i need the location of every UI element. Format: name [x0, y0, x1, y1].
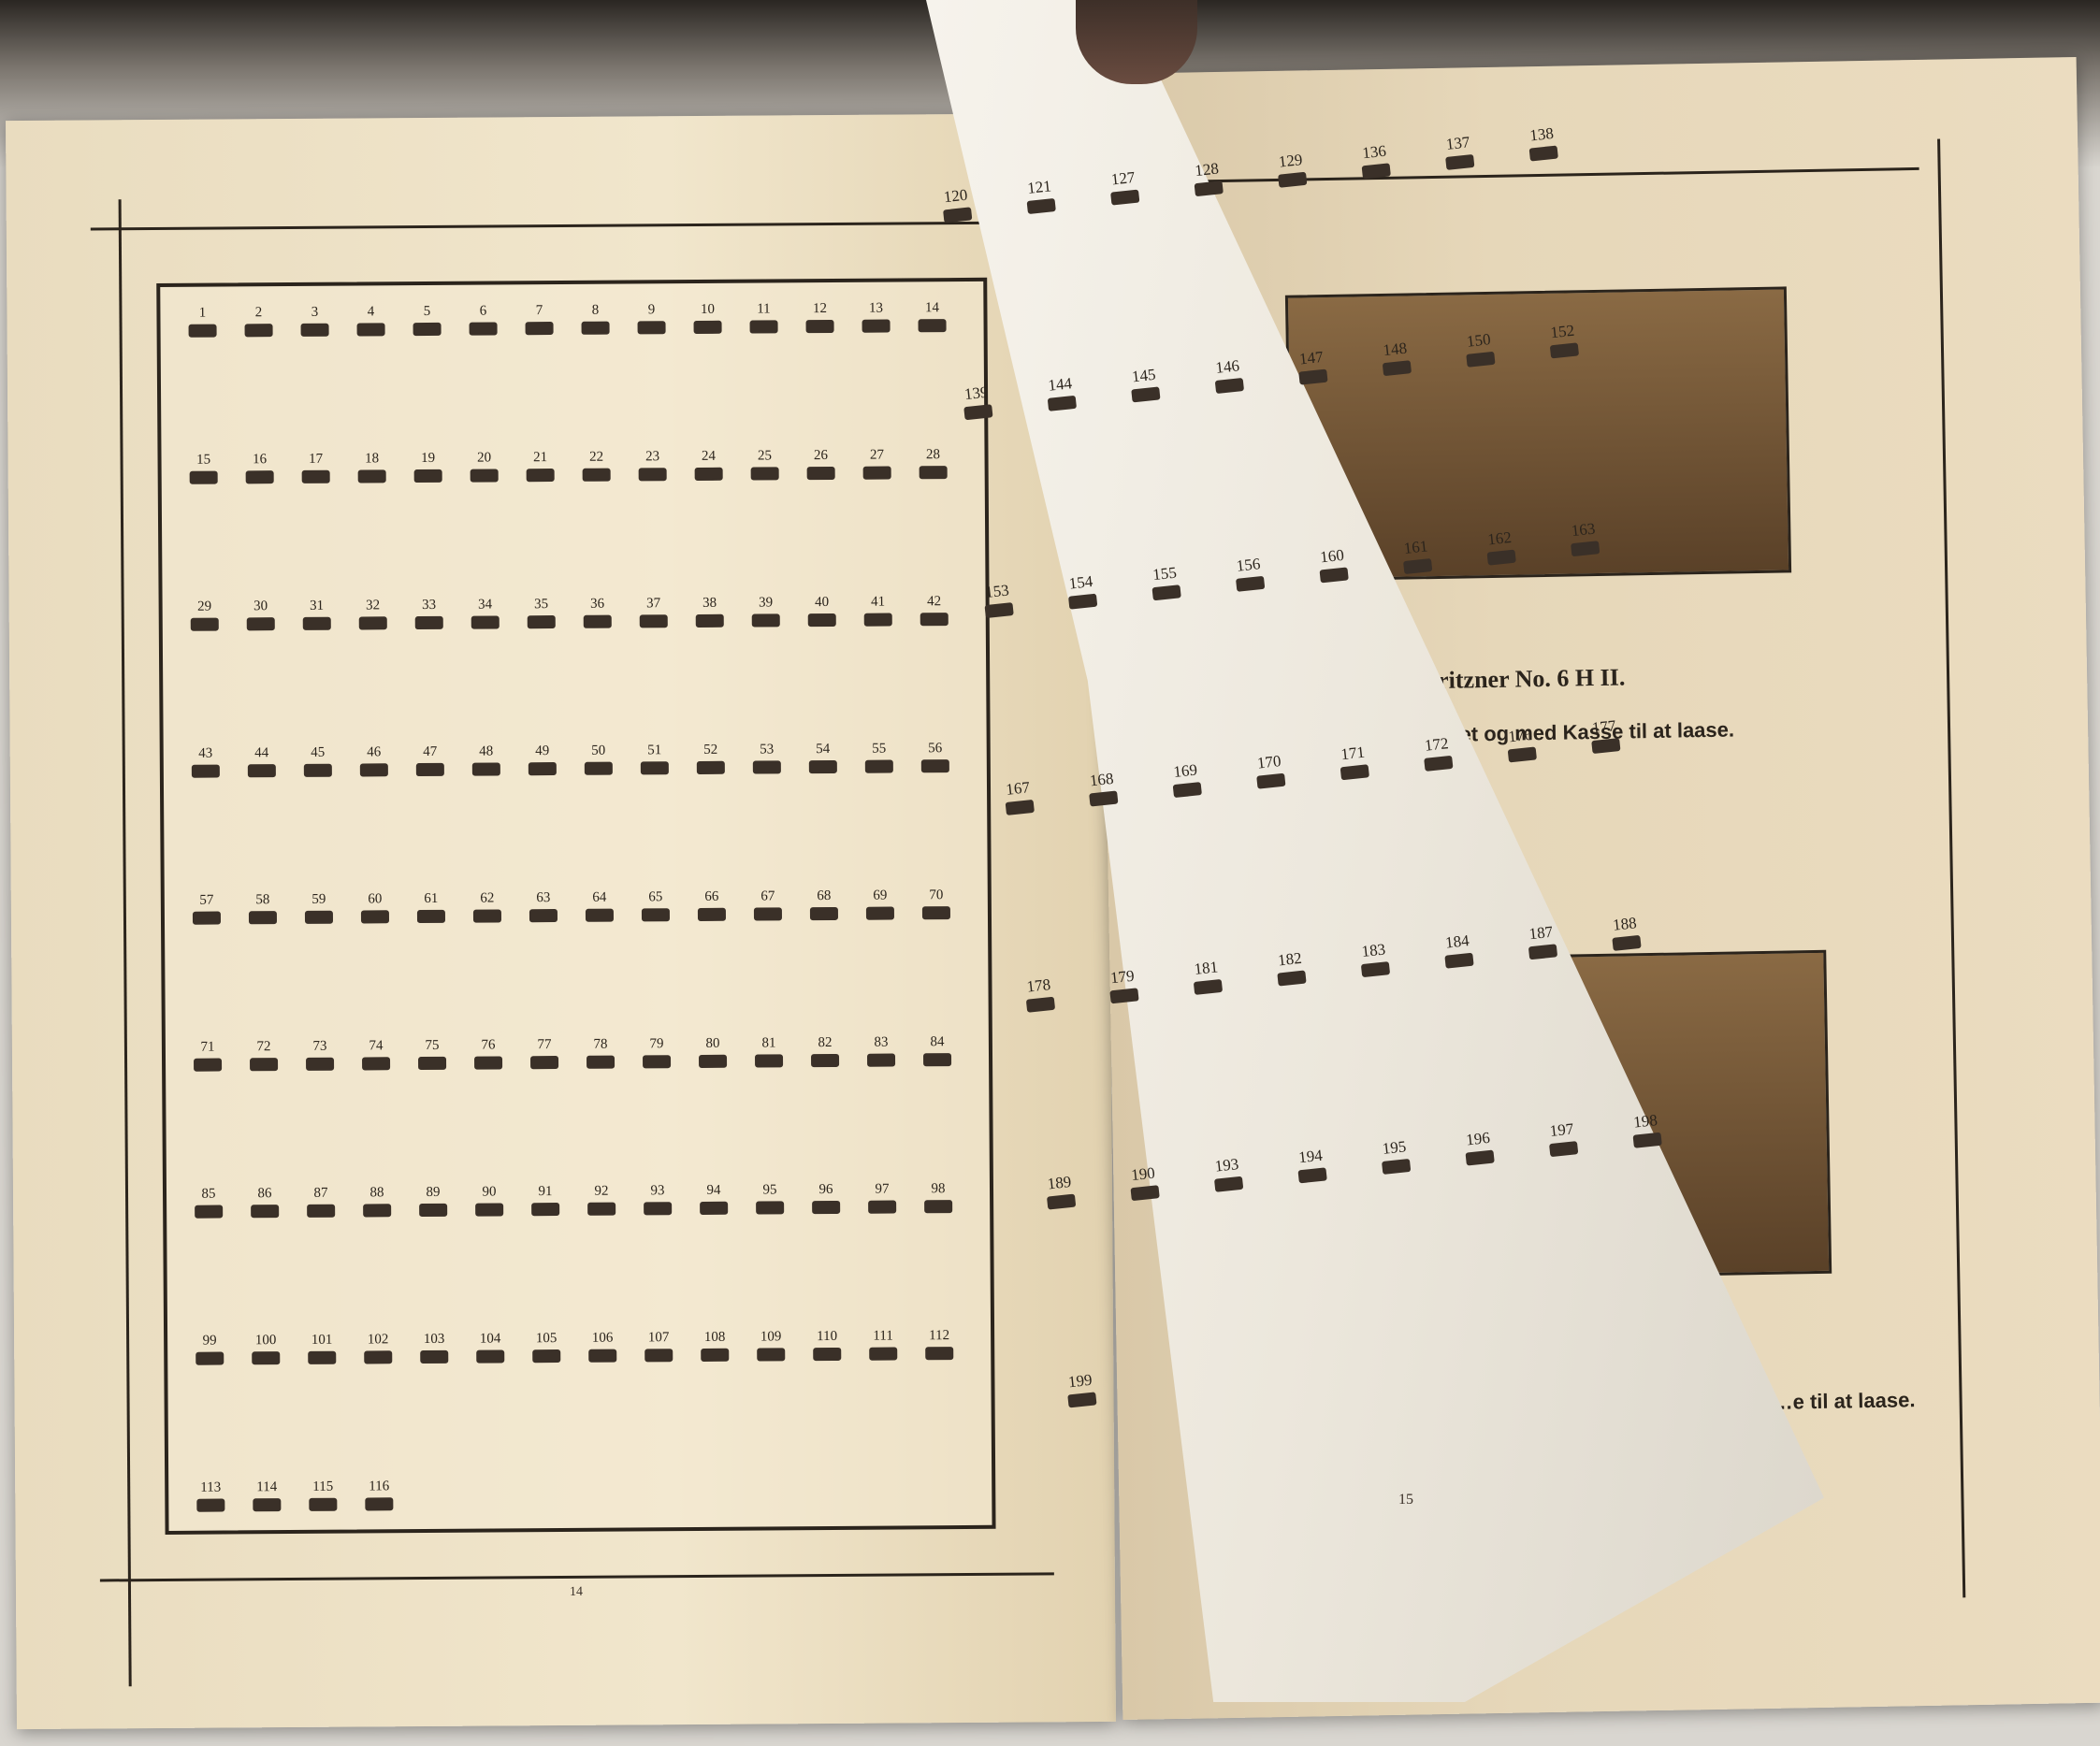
part-number: 93 — [650, 1183, 664, 1199]
part-item: 44 — [239, 745, 285, 777]
part-drawing — [360, 763, 388, 776]
part-drawing — [1528, 944, 1557, 960]
part-number: 137 — [1445, 133, 1470, 154]
part-drawing — [753, 760, 781, 773]
part-drawing — [644, 1349, 673, 1362]
part-number: 179 — [1109, 967, 1135, 988]
part-item: 58 — [239, 892, 286, 924]
part-item: 4 — [347, 304, 394, 336]
part-item: 136 — [1350, 140, 1414, 318]
part-drawing — [476, 1349, 504, 1363]
part-item: 196 — [1454, 1128, 1518, 1306]
part-item: 176 — [1496, 724, 1560, 902]
part-item: 197 — [1538, 1119, 1602, 1297]
part-drawing — [196, 1352, 224, 1365]
part-drawing — [362, 1057, 390, 1070]
part-drawing — [249, 911, 277, 924]
part-drawing — [1089, 790, 1118, 806]
part-drawing — [308, 1351, 336, 1364]
part-item: 87 — [297, 1186, 344, 1218]
part-item: 7 — [515, 303, 562, 335]
part-number: 60 — [368, 891, 382, 907]
part-drawing — [639, 468, 667, 481]
part-item: 184 — [1433, 931, 1498, 1108]
part-drawing — [1444, 953, 1473, 969]
part-item: 168 — [1078, 768, 1142, 945]
part-item: 181 — [1181, 957, 1246, 1134]
part-item: 138 — [1517, 123, 1582, 301]
part-number: 74 — [369, 1038, 383, 1054]
part-number: 36 — [590, 597, 604, 613]
part-number: 196 — [1465, 1129, 1490, 1150]
part-item: 23 — [629, 449, 675, 481]
part-number: 152 — [1550, 322, 1575, 343]
part-drawing — [364, 1350, 392, 1364]
part-number: 51 — [647, 743, 661, 758]
part-drawing — [751, 467, 779, 480]
part-number: 55 — [872, 742, 886, 758]
part-item: 162 — [1475, 527, 1540, 704]
part-item: 56 — [912, 741, 959, 772]
part-number: 54 — [816, 742, 830, 758]
part-number: 4 — [368, 304, 375, 320]
part-drawing — [473, 909, 501, 922]
part-number: 108 — [704, 1330, 726, 1346]
part-drawing — [587, 1203, 616, 1216]
part-number: 17 — [309, 452, 323, 468]
part-drawing — [864, 613, 892, 627]
part-item: 182 — [1266, 948, 1330, 1126]
part-drawing — [806, 320, 834, 333]
part-drawing — [1383, 360, 1412, 376]
part-item: 137 — [1434, 132, 1499, 310]
part-item: 39 — [743, 595, 789, 627]
part-item: 26 — [797, 448, 844, 480]
part-item: 18 — [348, 451, 395, 483]
part-item: 35 — [518, 597, 565, 628]
part-number: 37 — [646, 596, 660, 612]
part-number: 67 — [760, 888, 775, 904]
part-drawing — [1027, 198, 1056, 214]
part-item: 31 — [294, 599, 340, 630]
part-number: 128 — [1194, 160, 1219, 181]
part-drawing — [583, 469, 611, 482]
part-number: 23 — [645, 449, 659, 465]
part-drawing — [532, 1349, 560, 1363]
part-drawing — [363, 1204, 391, 1217]
part-drawing — [1298, 369, 1327, 385]
part-item: 150 — [1455, 329, 1519, 507]
part-item: 163 — [1559, 518, 1624, 696]
part-drawing — [1466, 1150, 1495, 1166]
part-number: 38 — [702, 596, 717, 612]
part-number: 178 — [1026, 975, 1051, 997]
parts-frame: 1234567891011121314151617181920212223242… — [156, 278, 995, 1535]
part-drawing — [701, 1349, 729, 1362]
curled-parts-grid: 1201211271281291361371381391441451461471… — [932, 117, 1763, 1547]
part-item: 30 — [238, 599, 284, 630]
part-item: 46 — [351, 744, 398, 776]
part-number: 100 — [255, 1333, 277, 1349]
part-drawing — [304, 764, 332, 777]
part-number: 62 — [480, 890, 494, 906]
part-number: 88 — [369, 1185, 384, 1201]
part-item: 114 — [243, 1479, 290, 1511]
part-drawing — [810, 907, 838, 920]
part-item: 42 — [911, 594, 958, 626]
part-drawing — [305, 911, 333, 924]
part-drawing — [1048, 396, 1077, 411]
part-drawing — [475, 1203, 503, 1216]
part-number: 109 — [760, 1329, 782, 1345]
part-drawing — [750, 320, 778, 333]
part-number: 177 — [1591, 716, 1616, 738]
part-item: 92 — [578, 1184, 625, 1216]
part-number: 69 — [873, 888, 887, 904]
part-drawing — [642, 908, 670, 921]
part-drawing — [1131, 1186, 1160, 1202]
part-drawing — [585, 762, 613, 775]
part-item: 57 — [183, 892, 230, 924]
part-item: 194 — [1286, 1146, 1351, 1323]
part-drawing — [1151, 584, 1180, 600]
part-drawing — [471, 469, 499, 482]
part-number: 170 — [1256, 752, 1282, 773]
part-drawing — [1466, 352, 1495, 368]
part-number: 160 — [1319, 545, 1344, 567]
part-number: 104 — [480, 1331, 501, 1347]
part-number: 145 — [1131, 366, 1156, 387]
part-drawing — [866, 907, 894, 920]
part-item: 88 — [354, 1185, 400, 1217]
part-item: 60 — [352, 891, 398, 923]
part-number: 148 — [1383, 339, 1408, 361]
part-item: 33 — [406, 598, 453, 629]
part-drawing — [196, 1499, 224, 1512]
part-number: 190 — [1130, 1164, 1155, 1186]
part-drawing — [1256, 772, 1285, 788]
part-number: 58 — [255, 892, 269, 908]
part-drawing — [865, 760, 893, 773]
part-number: 31 — [310, 599, 324, 614]
part-item: 12 — [796, 301, 843, 333]
part-number: 146 — [1215, 357, 1240, 379]
part-number: 2 — [255, 305, 263, 321]
part-item: 29 — [181, 599, 228, 630]
part-drawing — [470, 322, 498, 335]
part-number: 103 — [424, 1332, 445, 1348]
part-item: 109 — [747, 1329, 794, 1361]
part-drawing — [584, 615, 612, 628]
part-drawing — [1047, 1194, 1076, 1210]
part-drawing — [528, 615, 556, 628]
part-drawing — [1006, 800, 1035, 815]
part-number: 21 — [533, 450, 547, 466]
part-drawing — [1508, 746, 1537, 762]
part-item: 15 — [180, 452, 226, 483]
part-drawing — [192, 765, 220, 778]
part-drawing — [808, 613, 836, 627]
part-drawing — [529, 762, 557, 775]
part-drawing — [644, 1202, 672, 1215]
part-drawing — [1110, 190, 1139, 206]
part-drawing — [301, 324, 329, 337]
part-drawing — [862, 320, 891, 333]
part-drawing — [698, 908, 726, 921]
part-item: 98 — [915, 1181, 962, 1213]
part-drawing — [923, 1053, 951, 1066]
part-item: 99 — [186, 1333, 233, 1364]
part-drawing — [1131, 387, 1160, 403]
part-number: 49 — [535, 743, 549, 759]
part-drawing — [250, 1058, 278, 1071]
part-number: 114 — [256, 1479, 277, 1495]
part-drawing — [309, 1498, 337, 1511]
part-drawing — [699, 1055, 727, 1068]
part-item: 28 — [909, 447, 956, 479]
part-number: 9 — [648, 302, 656, 318]
part-drawing — [587, 1056, 615, 1069]
part-item: 111 — [860, 1328, 906, 1360]
part-number: 112 — [929, 1328, 949, 1344]
part-drawing — [1068, 593, 1097, 609]
part-item: 52 — [688, 743, 734, 774]
part-drawing — [638, 321, 666, 334]
part-drawing — [695, 468, 723, 481]
part-drawing — [812, 1201, 840, 1214]
part-drawing — [924, 1200, 952, 1213]
part-drawing — [1571, 541, 1600, 556]
part-number: 33 — [422, 598, 436, 613]
part-number: 113 — [200, 1480, 221, 1496]
part-number: 16 — [253, 452, 267, 468]
part-number: 30 — [253, 599, 268, 614]
part-drawing — [869, 1348, 897, 1361]
part-number: 40 — [815, 595, 829, 611]
part-drawing — [1612, 935, 1641, 951]
part-number: 53 — [760, 742, 774, 758]
part-item: 145 — [1120, 365, 1184, 542]
part-item: 86 — [241, 1186, 288, 1218]
part-drawing — [530, 1056, 558, 1069]
part-number: 105 — [536, 1331, 558, 1347]
part-drawing — [415, 616, 443, 629]
part-item: 156 — [1224, 553, 1289, 730]
part-item: 27 — [853, 447, 900, 479]
part-drawing — [1591, 738, 1620, 754]
part-item: 64 — [576, 890, 623, 922]
part-drawing — [529, 909, 558, 922]
part-number: 156 — [1236, 555, 1261, 576]
part-number: 68 — [817, 888, 831, 904]
part-number: 76 — [481, 1037, 495, 1053]
part-item: 48 — [463, 743, 510, 775]
part-number: 29 — [197, 599, 211, 615]
part-item: 116 — [355, 1479, 402, 1510]
part-drawing — [1109, 988, 1138, 1003]
part-drawing — [1486, 549, 1515, 565]
part-drawing — [1633, 1133, 1662, 1148]
part-number: 66 — [704, 889, 718, 905]
part-number: 86 — [257, 1186, 271, 1202]
part-number: 95 — [762, 1182, 776, 1198]
part-number: 63 — [536, 890, 550, 906]
part-drawing — [358, 469, 386, 483]
part-number: 27 — [870, 448, 884, 464]
part-number: 153 — [984, 581, 1009, 602]
part-number: 111 — [873, 1329, 893, 1345]
part-item: 11 — [740, 301, 787, 333]
part-drawing — [697, 761, 725, 774]
part-number: 14 — [925, 300, 939, 316]
part-drawing — [248, 764, 276, 777]
part-drawing — [365, 1497, 393, 1510]
part-item: 170 — [1245, 751, 1310, 929]
part-item: 49 — [519, 743, 566, 775]
part-number: 188 — [1612, 914, 1637, 935]
part-item: 103 — [411, 1332, 457, 1364]
part-item: 155 — [1140, 562, 1205, 740]
part-item: 70 — [913, 887, 960, 919]
part-item: 66 — [688, 889, 735, 921]
page-number: 14 — [570, 1585, 583, 1600]
part-item: 41 — [855, 594, 902, 626]
part-number: 171 — [1340, 743, 1366, 764]
part-drawing — [1403, 558, 1432, 574]
part-item: 61 — [408, 891, 455, 923]
part-drawing — [420, 1350, 448, 1364]
part-number: 78 — [593, 1037, 607, 1053]
part-number: 12 — [813, 301, 827, 317]
part-drawing — [1298, 1168, 1327, 1184]
part-item: 74 — [353, 1038, 399, 1070]
part-item: 187 — [1517, 921, 1582, 1099]
part-drawing — [361, 910, 389, 923]
part-number: 172 — [1424, 734, 1449, 756]
part-item: 38 — [687, 596, 733, 628]
part-number: 79 — [649, 1036, 663, 1052]
part-number: 48 — [479, 744, 493, 760]
part-drawing — [472, 762, 500, 775]
part-drawing — [1236, 575, 1265, 591]
part-number: 193 — [1214, 1156, 1239, 1177]
part-number: 72 — [256, 1039, 270, 1055]
curled-page-number: 15 — [1398, 1492, 1413, 1508]
part-drawing — [922, 906, 950, 919]
part-number: 181 — [1194, 958, 1219, 979]
part-number: 25 — [758, 448, 772, 464]
part-drawing — [756, 1201, 784, 1214]
part-number: 162 — [1486, 528, 1512, 550]
part-item: 112 — [916, 1328, 963, 1360]
part-number: 138 — [1528, 124, 1554, 146]
part-item: 22 — [572, 450, 619, 482]
part-drawing — [1277, 971, 1306, 987]
part-number: 52 — [703, 743, 717, 758]
part-item: 16 — [236, 452, 282, 483]
part-item: 152 — [1538, 321, 1602, 498]
part-drawing — [807, 467, 835, 480]
part-item: 161 — [1392, 536, 1456, 714]
part-item: 34 — [462, 597, 509, 628]
part-item: 54 — [800, 742, 847, 773]
part-item: 177 — [1580, 715, 1644, 893]
part-number: 194 — [1297, 1147, 1323, 1168]
part-drawing — [531, 1203, 559, 1216]
part-number: 1 — [199, 306, 207, 322]
part-number: 189 — [1047, 1173, 1072, 1194]
part-drawing — [414, 469, 442, 483]
part-item: 90 — [466, 1184, 513, 1216]
part-number: 34 — [478, 598, 492, 613]
part-drawing — [1278, 172, 1307, 188]
part-number: 120 — [943, 186, 968, 208]
right-rule — [1937, 139, 1965, 1598]
part-item: 144 — [1036, 373, 1100, 551]
part-number: 47 — [423, 744, 437, 760]
part-number: 92 — [594, 1184, 608, 1200]
part-number: 39 — [759, 595, 773, 611]
part-item: 183 — [1350, 939, 1414, 1117]
part-number: 71 — [200, 1040, 214, 1056]
part-number: 85 — [201, 1187, 215, 1203]
part-drawing — [1340, 764, 1369, 780]
part-number: 97 — [875, 1182, 889, 1198]
part-drawing — [863, 467, 891, 480]
part-item: 5 — [403, 304, 450, 336]
part-item: 115 — [299, 1479, 346, 1511]
part-drawing — [253, 1498, 281, 1511]
part-drawing — [418, 1057, 446, 1070]
part-number: 42 — [927, 594, 941, 610]
part-number: 65 — [648, 889, 662, 905]
part-number: 144 — [1048, 374, 1073, 396]
part-number: 87 — [313, 1186, 327, 1202]
part-drawing — [582, 322, 610, 335]
part-item: 171 — [1328, 742, 1393, 919]
part-number: 18 — [365, 451, 379, 467]
part-number: 5 — [424, 304, 431, 320]
part-number: 70 — [929, 887, 943, 903]
part-drawing — [357, 323, 385, 336]
part-number: 99 — [203, 1334, 217, 1349]
part-number: 176 — [1508, 726, 1533, 747]
part-item: 195 — [1370, 1136, 1435, 1314]
part-item: 113 — [187, 1479, 234, 1511]
part-item: 25 — [741, 448, 788, 480]
part-item: 69 — [857, 887, 904, 919]
part-item: 95 — [746, 1182, 793, 1214]
part-item: 147 — [1287, 347, 1352, 525]
part-number: 98 — [931, 1181, 945, 1197]
part-drawing — [984, 602, 1013, 618]
part-drawing — [757, 1348, 785, 1361]
part-drawing — [586, 909, 614, 922]
part-number: 121 — [1026, 177, 1051, 198]
part-drawing — [247, 617, 275, 630]
part-drawing — [527, 469, 555, 482]
part-drawing — [811, 1054, 839, 1067]
part-drawing — [588, 1349, 616, 1363]
part-number: 73 — [312, 1039, 326, 1055]
part-drawing — [194, 1059, 222, 1072]
part-drawing — [809, 760, 837, 773]
part-number: 102 — [368, 1332, 389, 1348]
part-item: 2 — [235, 305, 282, 337]
part-number: 168 — [1089, 770, 1114, 791]
part-item: 146 — [1203, 355, 1267, 533]
part-number: 96 — [818, 1182, 833, 1198]
